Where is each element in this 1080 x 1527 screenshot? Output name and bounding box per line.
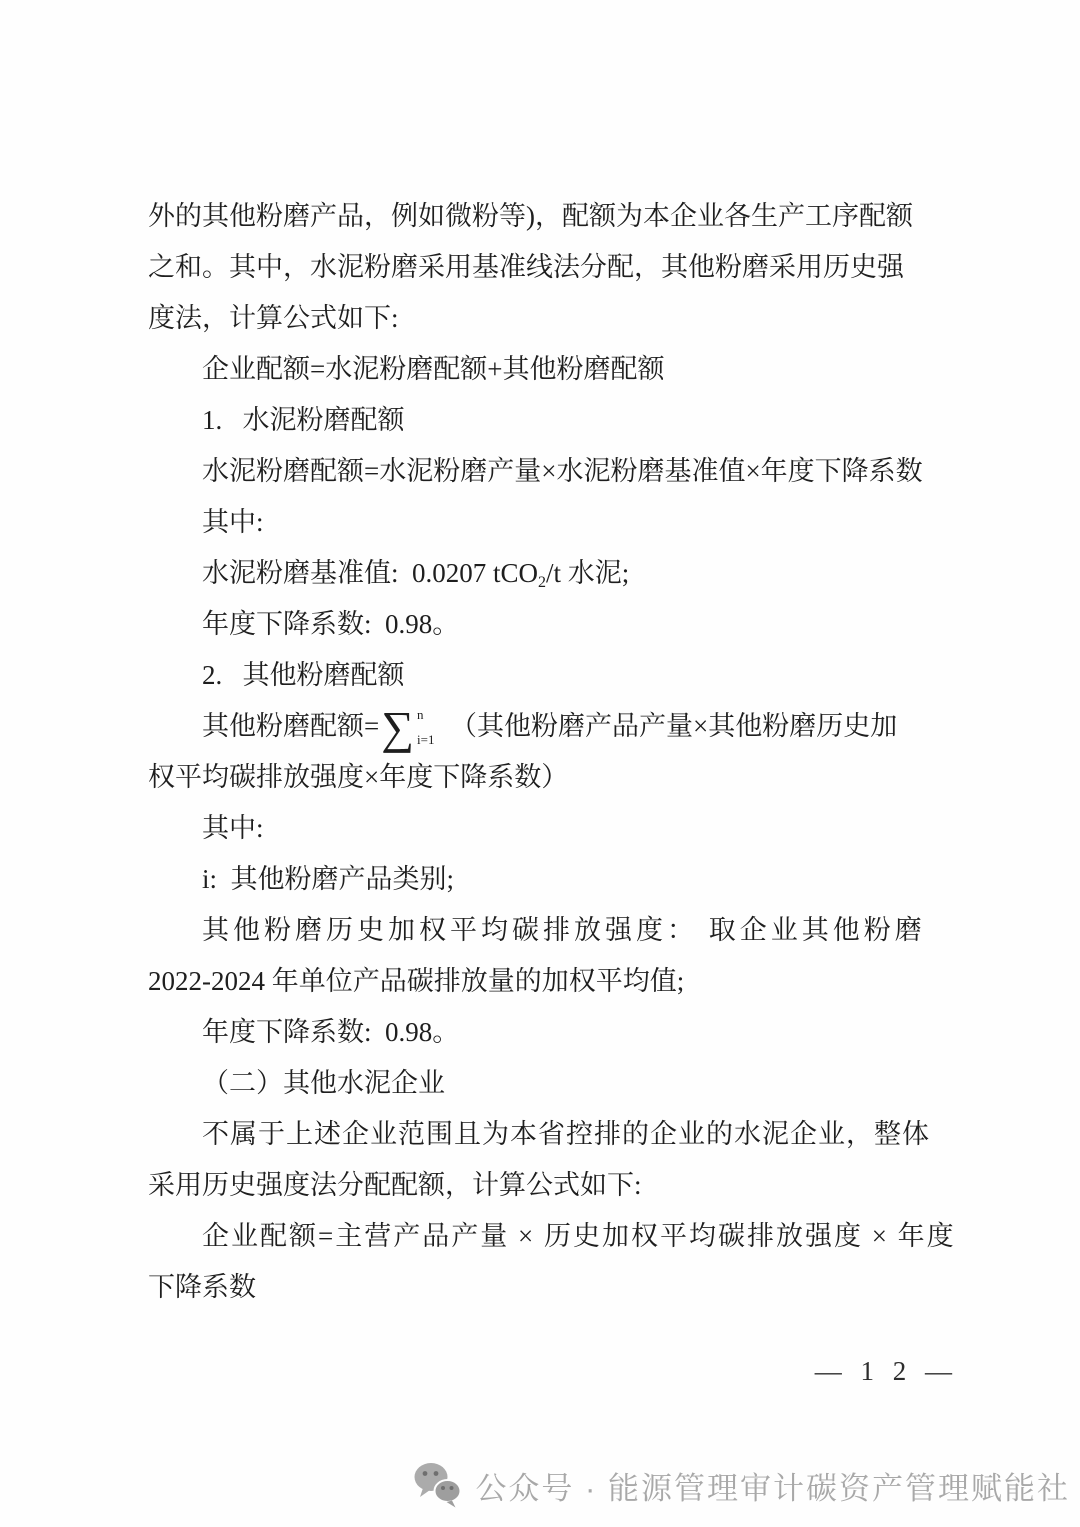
document-body: 外的其他粉磨产品，例如微粉等)，配额为本企业各生产工序配额之和。其中，水泥粉磨采… (148, 191, 960, 1313)
watermark-text: 公众号 · 能源管理审计碳资产管理赋能社 (475, 1463, 1070, 1508)
summation-symbol: ∑ni=1 (381, 708, 434, 747)
text-line: 企业配额=水泥粉磨配额+其他粉磨配额 (148, 344, 960, 395)
text-line: 其他粉磨历史加权平均碳排放强度： 取企业其他粉磨 (148, 905, 960, 956)
text-line: 年度下降系数: 0.98。 (148, 1007, 960, 1058)
text-line: 1. 水泥粉磨配额 (148, 395, 960, 446)
text-line: 不属于上述企业范围且为本省控排的企业的水泥企业，整体 (148, 1109, 960, 1160)
wechat-icon (413, 1462, 463, 1508)
subscript: 2 (538, 574, 546, 591)
text-line: 2. 其他粉磨配额 (148, 650, 960, 701)
text-line: 其他粉磨配额=∑ni=1 （其他粉磨产品产量×其他粉磨历史加 (148, 701, 960, 752)
watermark-footer: 公众号 · 能源管理审计碳资产管理赋能社 (413, 1462, 1070, 1508)
text-line: 下降系数 (148, 1262, 960, 1313)
text-line: 之和。其中，水泥粉磨采用基准线法分配，其他粉磨采用历史强 (148, 242, 960, 293)
text-line: 水泥粉磨基准值: 0.0207 tCO2/t 水泥; (148, 548, 960, 599)
text-line: 企业配额=主营产品产量 × 历史加权平均碳排放强度 × 年度 (148, 1211, 960, 1262)
text-line: （二）其他水泥企业 (148, 1058, 960, 1109)
text-line: 水泥粉磨配额=水泥粉磨产量×水泥粉磨基准值×年度下降系数 (148, 446, 960, 497)
document-page: 外的其他粉磨产品，例如微粉等)，配额为本企业各生产工序配额之和。其中，水泥粉磨采… (0, 0, 1080, 1527)
text-line: i: 其他粉磨产品类别; (148, 854, 960, 905)
text-line: 外的其他粉磨产品，例如微粉等)，配额为本企业各生产工序配额 (148, 191, 960, 242)
text-line: 2022-2024 年单位产品碳排放量的加权平均值; (148, 956, 960, 1007)
text-line: 采用历史强度法分配配额，计算公式如下: (148, 1160, 960, 1211)
text-line: 度法，计算公式如下: (148, 293, 960, 344)
text-line: 年度下降系数: 0.98。 (148, 599, 960, 650)
text-line: 权平均碳排放强度×年度下降系数） (148, 752, 960, 803)
text-line: 其中: (148, 497, 960, 548)
text-line: 其中: (148, 803, 960, 854)
page-number: — 1 2 — (815, 1356, 958, 1387)
